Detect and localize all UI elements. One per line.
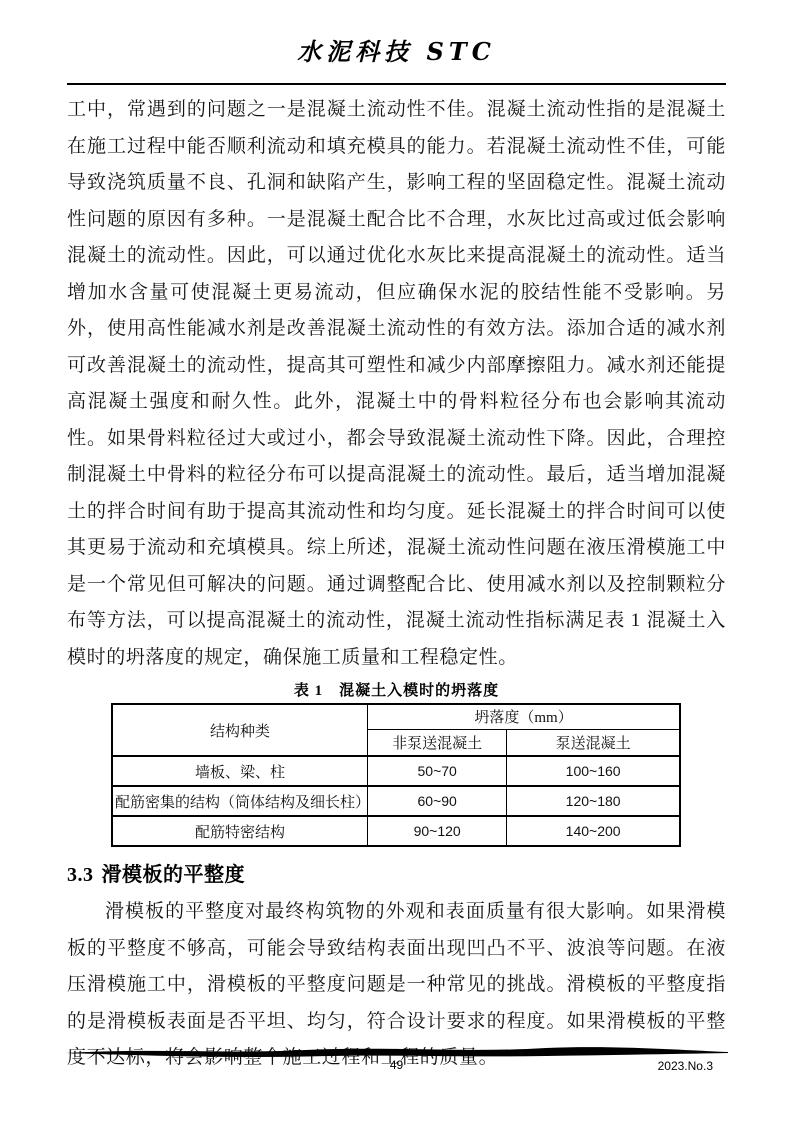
footer-brush-rule — [66, 1046, 728, 1058]
table-row: 配筋密集的结构（筒体结构及细长柱） 60~90 120~180 — [112, 786, 680, 816]
table-caption: 表 1 混凝土入模时的坍落度 — [67, 679, 726, 700]
journal-title: 水泥科技 STC — [67, 36, 726, 68]
cell-non-pumped-value: 60~90 — [368, 786, 507, 816]
table-header-slump-group: 坍落度（mm） — [368, 704, 680, 729]
cell-pumped-value: 100~160 — [507, 756, 680, 786]
document-page: 水泥科技 STC 工中，常遇到的问题之一是混凝土流动性不佳。混凝土流动性指的是混… — [0, 0, 793, 1122]
section-title: 滑模板的平整度 — [102, 864, 246, 886]
table-row: 墙板、梁、柱 50~70 100~160 — [112, 756, 680, 786]
issue-number: 2023.No.3 — [658, 1059, 713, 1073]
slump-table: 结构种类 坍落度（mm） 非泵送混凝土 泵送混凝土 墙板、梁、柱 50~70 1… — [111, 703, 681, 847]
cell-pumped-value: 120~180 — [507, 786, 680, 816]
cell-pumped-value: 140~200 — [507, 816, 680, 846]
cell-structure-type: 墙板、梁、柱 — [112, 756, 368, 786]
table-header-pumped: 泵送混凝土 — [507, 729, 680, 756]
cell-non-pumped-value: 90~120 — [368, 816, 507, 846]
section-number: 3.3 — [67, 864, 94, 886]
table-header-structure-type: 结构种类 — [112, 704, 368, 756]
table-header-row-group: 结构种类 坍落度（mm） — [112, 704, 680, 729]
table-header-non-pumped: 非泵送混凝土 — [368, 729, 507, 756]
paragraph-concrete-fluidity: 工中，常遇到的问题之一是混凝土流动性不佳。混凝土流动性指的是混凝土在施工过程中能… — [67, 92, 726, 676]
cell-non-pumped-value: 50~70 — [368, 756, 507, 786]
page-footer: 49 2023.No.3 — [0, 1046, 793, 1076]
footer-texts: 49 2023.No.3 — [0, 1058, 793, 1076]
header-rule — [67, 83, 726, 85]
section-heading-3-3: 3.3滑模板的平整度 — [67, 858, 726, 887]
table-row: 配筋特密结构 90~120 140~200 — [112, 816, 680, 846]
page-content: 水泥科技 STC 工中，常遇到的问题之一是混凝土流动性不佳。混凝土流动性指的是混… — [0, 0, 793, 1077]
cell-structure-type: 配筋特密结构 — [112, 816, 368, 846]
cell-structure-type: 配筋密集的结构（筒体结构及细长柱） — [112, 786, 368, 816]
